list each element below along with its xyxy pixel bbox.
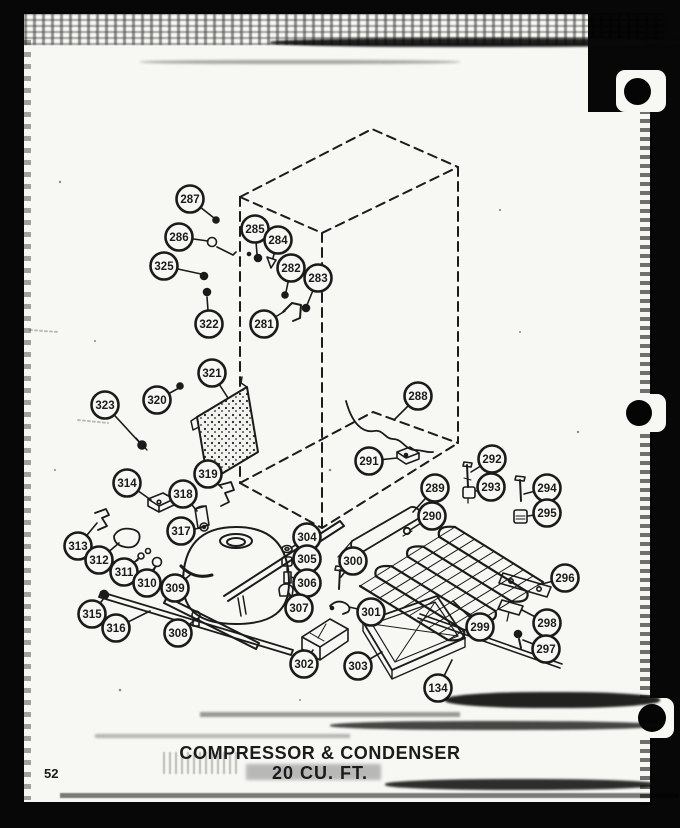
part-number: 309 xyxy=(165,583,184,595)
screw-322 xyxy=(204,289,211,296)
stud-283 xyxy=(303,305,310,312)
part-number: 300 xyxy=(343,556,362,568)
scan-smudge xyxy=(60,793,678,798)
scan-streak xyxy=(140,60,460,64)
condenser-coil xyxy=(360,527,543,641)
part-number: 312 xyxy=(89,555,108,567)
clamp-301 xyxy=(330,602,349,614)
callout-298: 298 xyxy=(522,610,561,637)
punch-hole-dot xyxy=(626,400,652,426)
part-number: 316 xyxy=(106,623,125,635)
callout-302: 302 xyxy=(291,650,318,678)
callout-318: 318 xyxy=(170,481,198,512)
part-number: 295 xyxy=(537,508,557,520)
callout-295: 295 xyxy=(528,500,561,527)
part-number: 293 xyxy=(481,482,500,494)
part-number: 318 xyxy=(173,489,193,501)
part-number: 290 xyxy=(422,511,441,523)
part-number: 283 xyxy=(308,273,327,285)
part-number: 322 xyxy=(199,319,218,331)
part-number: 323 xyxy=(95,400,114,412)
callout-325: 325 xyxy=(151,253,202,280)
callout-294: 294 xyxy=(524,475,561,502)
scan-smudge xyxy=(95,734,350,738)
part-number: 282 xyxy=(281,263,300,275)
part-number: 306 xyxy=(297,578,316,590)
part-number: 298 xyxy=(537,618,557,630)
scan-border-top xyxy=(24,0,680,14)
part-number: 319 xyxy=(198,469,217,481)
callout-315: 315 xyxy=(79,598,106,628)
callout-322: 322 xyxy=(196,297,223,338)
scan-border-bottom xyxy=(0,802,680,828)
callout-281: 281 xyxy=(251,311,286,338)
callout-284: 284 xyxy=(265,227,292,259)
callout-319: 319 xyxy=(195,461,223,489)
callout-300: 300 xyxy=(340,548,367,578)
callout-297: 297 xyxy=(523,636,560,663)
part-number: 289 xyxy=(425,483,444,495)
callout-291: 291 xyxy=(356,448,398,475)
grommet-293 xyxy=(463,487,475,503)
part-number: 325 xyxy=(154,261,174,273)
part-number: 304 xyxy=(297,532,317,544)
callout-286: 286 xyxy=(166,224,209,251)
stud-282 xyxy=(282,292,288,298)
bracket-281 xyxy=(283,303,301,321)
callout-301: 301 xyxy=(349,599,385,626)
screw-294 xyxy=(515,476,525,501)
clamp-286 xyxy=(208,238,237,256)
callout-287: 287 xyxy=(177,186,215,219)
scan-streak xyxy=(270,38,680,47)
punch-hole-dot xyxy=(624,78,651,105)
stud-285 xyxy=(248,253,262,262)
callout-296: 296 xyxy=(538,565,579,592)
callout-293: 293 xyxy=(476,474,505,501)
cone-284 xyxy=(267,257,276,268)
part-number: 292 xyxy=(482,454,501,466)
cap-307 xyxy=(279,584,293,596)
callout-309: 309 xyxy=(162,575,191,602)
callout-288: 288 xyxy=(394,383,432,421)
part-number: 314 xyxy=(117,478,137,490)
callout-303: 303 xyxy=(345,652,383,680)
callout-306: 306 xyxy=(291,570,321,597)
part-number: 307 xyxy=(289,603,308,615)
part-number: 287 xyxy=(180,194,199,206)
bolt-315 xyxy=(102,592,109,599)
callout-283: 283 xyxy=(305,265,332,306)
callout-321: 321 xyxy=(199,360,229,399)
screw-292 xyxy=(463,462,472,487)
part-number: 291 xyxy=(359,456,379,468)
part-number: 281 xyxy=(254,319,274,331)
diagram-title: COMPRESSOR & CONDENSER xyxy=(140,744,500,762)
scan-smudge xyxy=(445,692,660,708)
washer-304 xyxy=(282,546,292,553)
callout-314: 314 xyxy=(114,470,152,501)
callout-292: 292 xyxy=(471,446,506,473)
part-number: 305 xyxy=(297,554,317,566)
part-number: 311 xyxy=(115,567,134,579)
title-block: COMPRESSOR & CONDENSER 20 CU. FT. xyxy=(140,744,500,782)
grommet-295 xyxy=(514,510,527,523)
diagram-subtitle: 20 CU. FT. xyxy=(140,764,500,782)
part-number: 313 xyxy=(68,541,87,553)
part-number: 315 xyxy=(82,609,102,621)
page-number: 52 xyxy=(44,766,58,781)
part-number: 320 xyxy=(147,395,166,407)
part-number: 296 xyxy=(555,573,574,585)
part-number: 297 xyxy=(536,644,555,656)
part-number: 303 xyxy=(348,661,367,673)
callout-323: 323 xyxy=(92,392,141,444)
scan-noise-left-edge xyxy=(24,40,31,800)
callout-134: 134 xyxy=(425,660,453,702)
part-number: 310 xyxy=(137,578,156,590)
clip-313 xyxy=(95,509,109,530)
part-number: 317 xyxy=(171,526,190,538)
part-number: 284 xyxy=(268,235,288,247)
part-number: 286 xyxy=(169,232,188,244)
part-number: 294 xyxy=(537,483,557,495)
scan-border-left xyxy=(0,0,24,828)
part-number: 299 xyxy=(470,622,489,634)
part-number: 321 xyxy=(202,368,222,380)
part-number: 134 xyxy=(428,683,448,695)
scanned-page: 2872863252852842822833222813213203233193… xyxy=(0,0,680,828)
callout-282: 282 xyxy=(278,255,305,293)
part-number: 285 xyxy=(245,224,265,236)
part-number: 288 xyxy=(408,391,428,403)
callout-316: 316 xyxy=(103,611,151,642)
part-number: 308 xyxy=(168,628,188,640)
callout-320: 320 xyxy=(144,387,180,414)
bracket-319 xyxy=(220,482,234,506)
scan-smudge xyxy=(200,712,460,717)
part-number: 301 xyxy=(361,607,381,619)
scan-smudge xyxy=(330,721,660,730)
callout-308: 308 xyxy=(165,620,196,647)
screw-297 xyxy=(515,631,522,649)
bracket-298 xyxy=(498,600,523,621)
part-number: 302 xyxy=(294,659,313,671)
